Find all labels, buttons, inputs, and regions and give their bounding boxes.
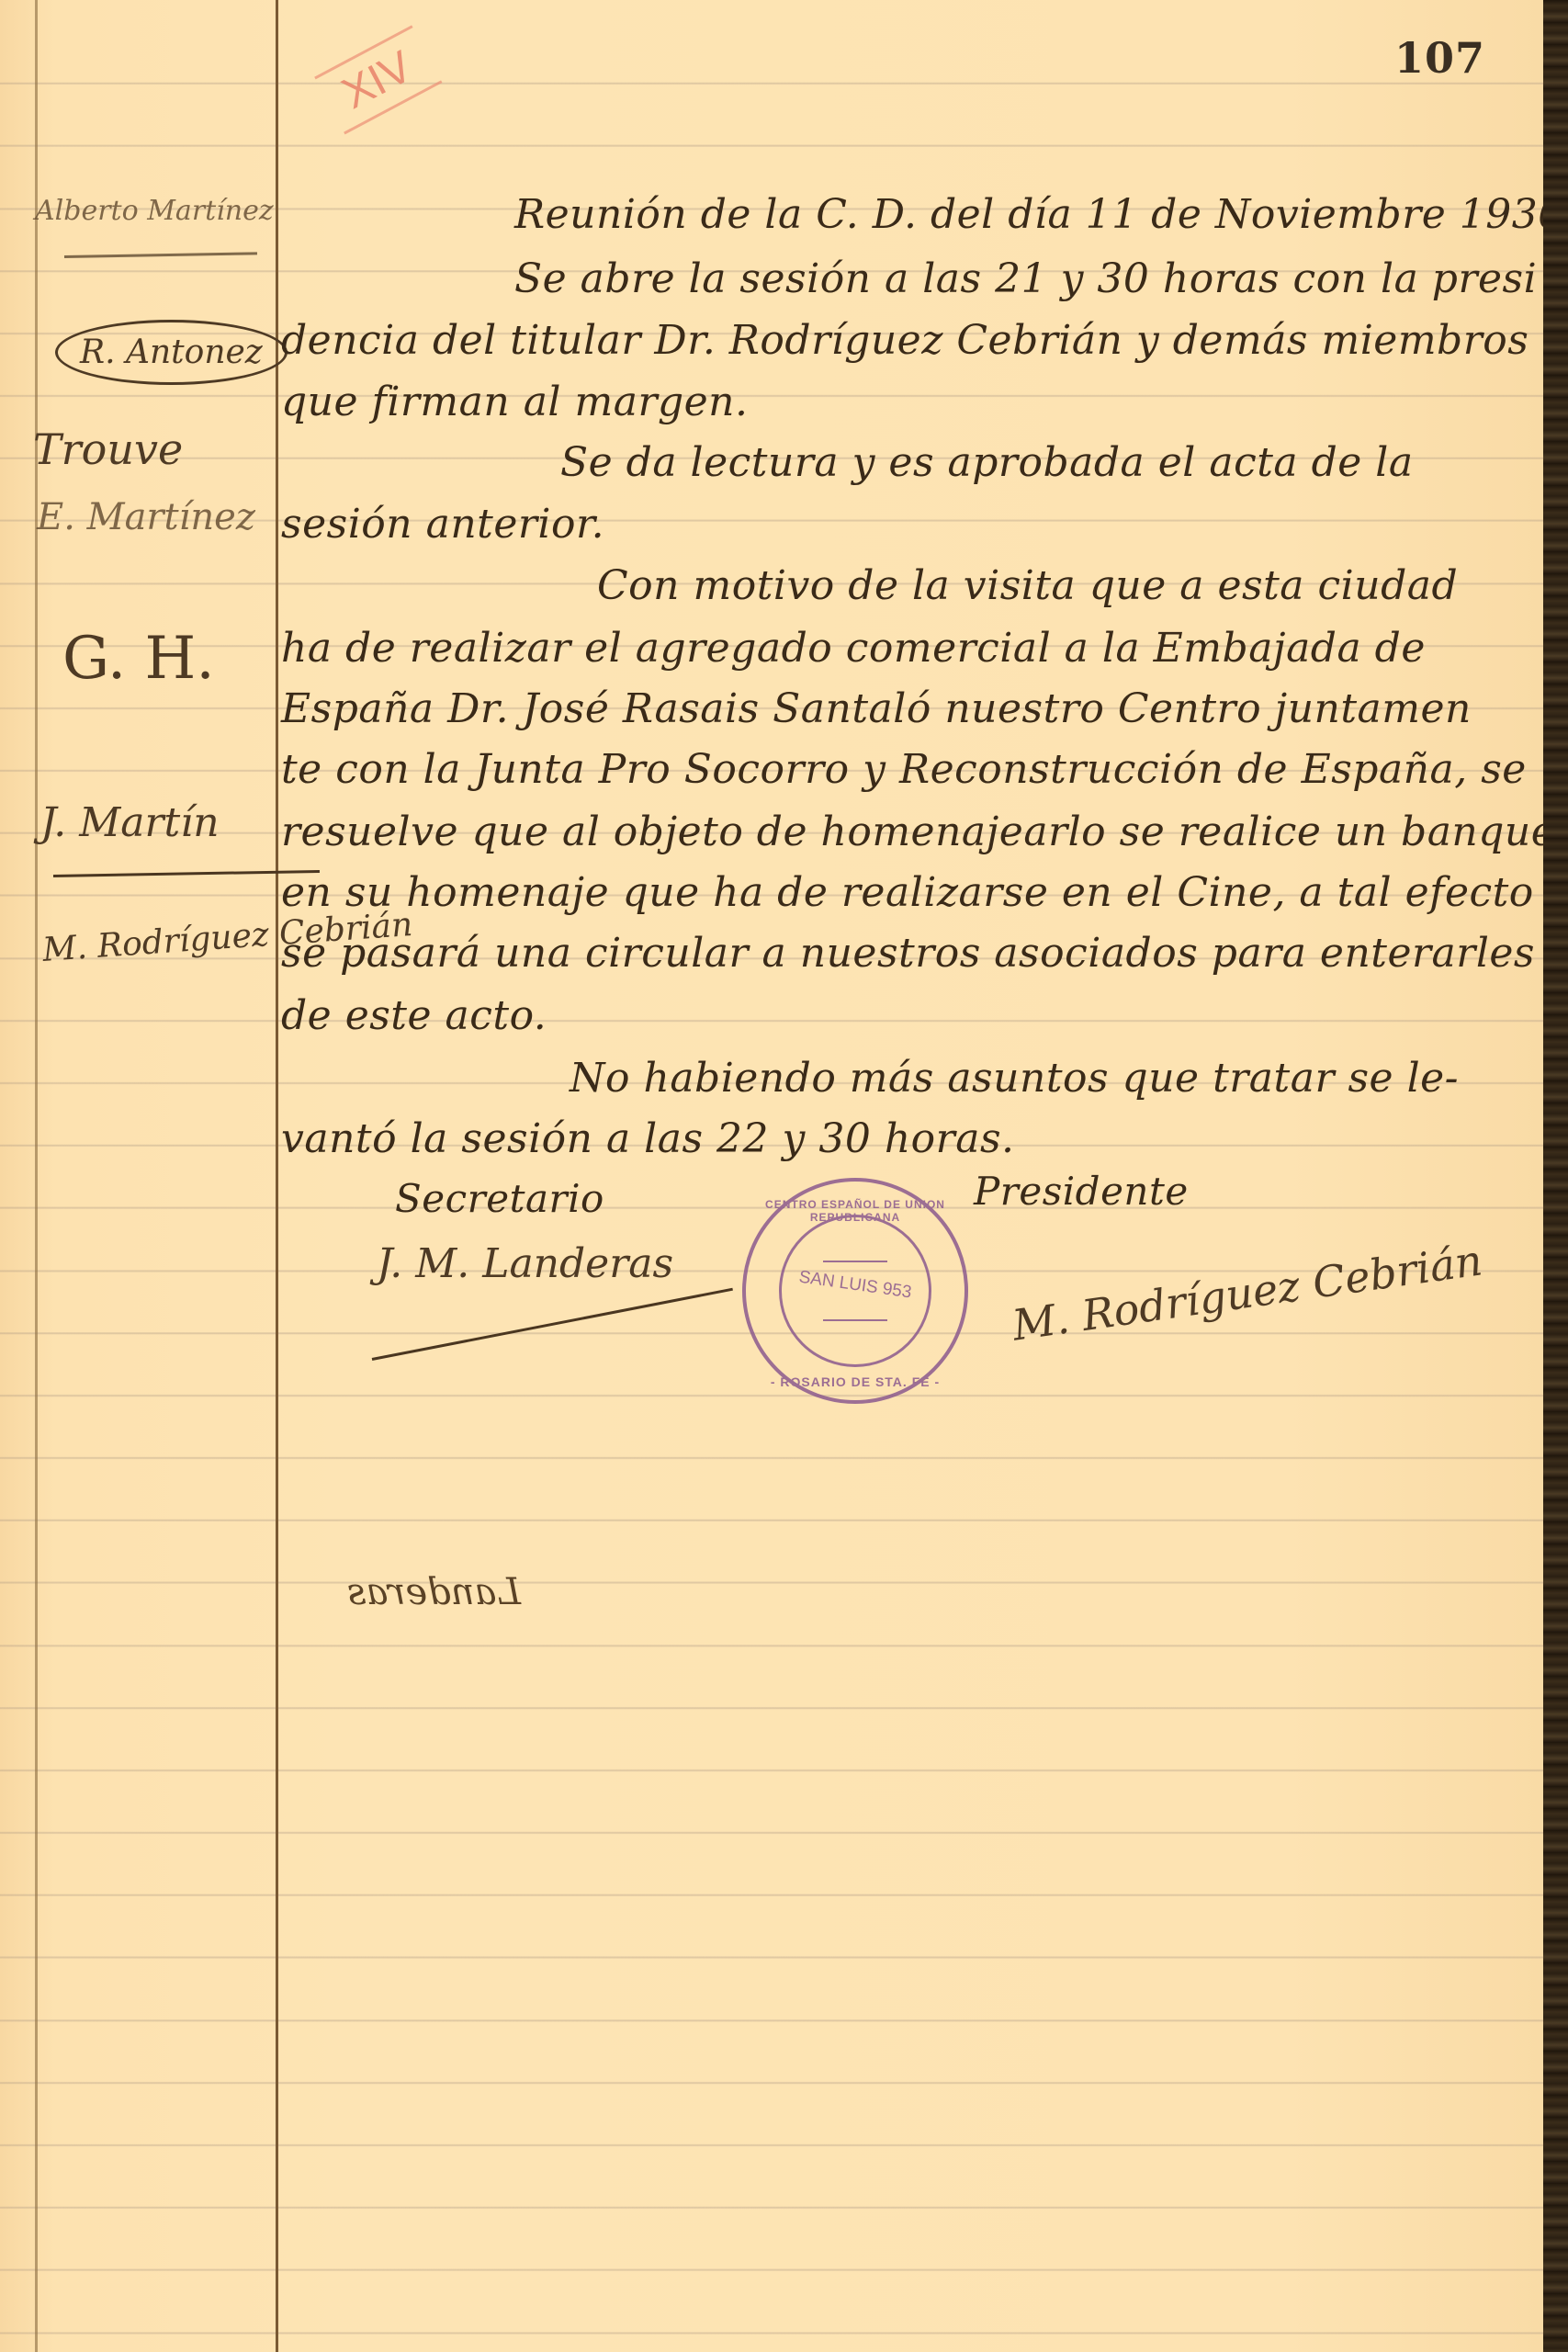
margin-signature-6: J. Martín [40, 799, 220, 846]
minutes-line-8: España Dr. José Rasais Santaló nuestro C… [281, 685, 1472, 732]
minutes-line-3: que firman al margen. [281, 379, 749, 425]
minutes-line-7: ha de realizar el agregado comercial a l… [281, 625, 1426, 672]
minutes-line-13: de este acto. [281, 992, 547, 1039]
rubber-stamp: CENTRO ESPAÑOL DE UNION REPUBLICANA SAN … [742, 1178, 968, 1404]
secretary-signature: J. M. Landeras [377, 1240, 673, 1287]
minutes-line-14: No habiendo más asuntos que tratar se le… [570, 1055, 1459, 1102]
minutes-line-15: vantó la sesión a las 22 y 30 horas. [281, 1115, 1015, 1162]
margin-signature-4: E. Martínez [37, 496, 255, 538]
ledger-page: 107 XIV Alberto Martínez R. Antonez Trou… [0, 0, 1543, 2352]
minutes-line-12: se pasará una circular a nuestros asocia… [281, 930, 1535, 977]
stamp-ring-bottom-text: - ROSARIO DE STA. FE - [746, 1374, 964, 1389]
minutes-line-9: te con la Junta Pro Socorro y Reconstruc… [281, 746, 1527, 793]
margin-signature-1: Alberto Martínez [35, 195, 274, 227]
minutes-line-5: sesión anterior. [281, 501, 604, 548]
president-label: Presidente [974, 1169, 1189, 1214]
stamp-flourish-bottom [823, 1319, 887, 1321]
stamp-ring-top-text: CENTRO ESPAÑOL DE UNION REPUBLICANA [746, 1198, 964, 1224]
book-binding-edge [1543, 0, 1568, 2352]
margin-signature-5: G. H. [62, 625, 215, 693]
minutes-heading: Reunión de la C. D. del día 11 de Noviem… [514, 191, 1543, 238]
mirrored-ink-offset: Landeras [347, 1571, 521, 1613]
minutes-line-2: dencia del titular Dr. Rodríguez Cebrián… [281, 317, 1529, 364]
margin-signature-3: Trouve [33, 424, 183, 474]
minutes-line-11: en su homenaje que ha de realizarse en e… [281, 869, 1534, 916]
minutes-line-10: resuelve que al objeto de homenajearlo s… [281, 808, 1543, 855]
secretary-label: Secretario [395, 1176, 604, 1221]
margin-signature-2: R. Antonez [55, 320, 288, 385]
minutes-line-4: Se da lectura y es aprobada el acta de l… [560, 439, 1414, 486]
minutes-line-6: Con motivo de la visita que a esta ciuda… [597, 562, 1458, 609]
page-number: 107 [1394, 33, 1485, 83]
page-gutter-edge [35, 0, 38, 2352]
minutes-line-1: Se abre la sesión a las 21 y 30 horas co… [514, 255, 1537, 302]
stamp-flourish-top [823, 1261, 887, 1262]
